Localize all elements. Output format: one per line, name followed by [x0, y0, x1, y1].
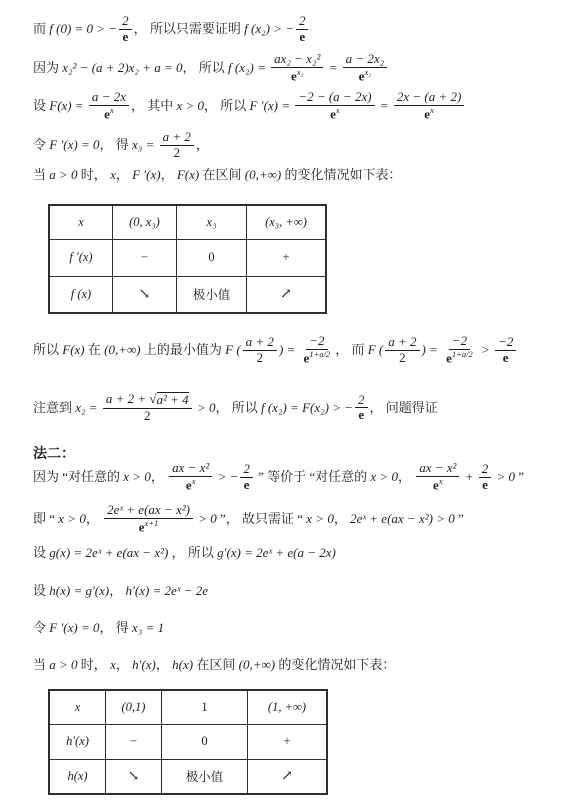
exponent: x₂ [297, 67, 304, 77]
denominator: ex [183, 477, 199, 493]
denominator: e [296, 30, 308, 45]
math-expression: F(x) [62, 342, 84, 358]
formula-line-2: 因为 x₂² − (a + 2)x₂ + a = 0， 所以 f (x₂) = … [33, 52, 389, 84]
exponent: x [439, 476, 443, 486]
chinese-text: ， 所以只需要证明 [134, 21, 245, 37]
fraction: ax − x²ex [169, 461, 212, 493]
formula-line-9: 即 “ x > 0， 2eˣ + e(ax − x²)ex+1 > 0 ”， 故… [33, 503, 464, 535]
numerator-text: a + 2 + [106, 391, 150, 406]
numerator: a − 2x [89, 90, 129, 106]
table-cell: (0, x₃) [113, 205, 177, 239]
variation-table-2: x (0,1) 1 (1, +∞) h′(x) − 0 + h(x) ↘ 极小值… [48, 689, 328, 795]
math-expression: x₃ = 1 [132, 620, 164, 636]
math-expression: + [461, 469, 476, 485]
math-expression: x > 0 [306, 511, 334, 527]
math-expression: F ′(x) = 0 [49, 620, 99, 636]
chinese-text: 因为 “对任意的 [33, 469, 123, 485]
chinese-text: 令 [33, 137, 49, 153]
exponent: x [430, 105, 434, 115]
table-cell: h′(x) [49, 724, 106, 759]
denominator: 2 [141, 409, 154, 424]
denominator: e1+a/2 [443, 350, 476, 366]
fraction: 2e [479, 462, 492, 493]
math-expression: h(x) = g′(x) [49, 583, 109, 599]
numerator: a − 2x₂ [343, 52, 388, 68]
fraction: 2x − (a + 2)ex [394, 90, 464, 122]
numerator: a + 2 [385, 335, 419, 351]
exponent: x [336, 105, 340, 115]
math-expression: f (x₂) = F(x₂) > − [261, 400, 353, 416]
math-expression: g(x) = 2eˣ + e(ax − x²) [49, 545, 168, 561]
chinese-text: ， [156, 657, 172, 673]
chinese-text: 设 [33, 545, 49, 561]
math-expression: (0,+∞) [239, 657, 275, 673]
table-cell: f ′(x) [49, 239, 113, 276]
math-expression: f (x₂) = [228, 60, 269, 76]
decreasing-arrow-icon: ↘ [113, 276, 177, 313]
math-expression: x₃ = [132, 137, 158, 153]
math-expression: > 0 [195, 511, 217, 527]
math-expression: (0,+∞) [104, 342, 140, 358]
fraction: −2e1+a/2 [443, 334, 476, 366]
fraction: a + 22 [160, 130, 194, 161]
table-cell: 0 [162, 724, 248, 759]
table-cell: + [247, 239, 327, 276]
numerator: −2 [495, 335, 516, 351]
chinese-text: ， [86, 511, 102, 527]
denominator: ex [430, 477, 446, 493]
chinese-text: 在区间 [199, 167, 245, 183]
exponent: x+1 [145, 518, 159, 528]
numerator: 2 [296, 14, 309, 30]
denominator: ex+1 [136, 519, 162, 535]
math-expression: a > 0 [49, 657, 77, 673]
exponent: x [192, 476, 196, 486]
chinese-text: ， [334, 511, 350, 527]
denominator: ex₂ [356, 68, 375, 84]
math-expression: F ′(x) [132, 167, 160, 183]
sqrt-radical: √a² + 4 [149, 392, 188, 408]
math-expression: F ′(x) = 0 [49, 137, 99, 153]
formula-line-3: 设 F(x) = a − 2xex， 其中 x > 0， 所以 F ′(x) =… [33, 90, 466, 122]
table-cell: x [49, 205, 113, 239]
formula-line-10: 设 g(x) = 2eˣ + e(ax − x²) ， 所以 g′(x) = 2… [33, 545, 336, 561]
fraction: a − 2xex [89, 90, 129, 122]
table-cell: 极小值 [177, 276, 247, 313]
math-expression: h(x) [172, 657, 193, 673]
numerator: 2 [355, 393, 368, 409]
math-expression: g′(x) = 2eˣ + e(a − 2x) [217, 545, 336, 561]
math-expression: h′(x) [132, 657, 156, 673]
method2-heading: 法二： [33, 443, 75, 463]
chinese-text: ， 所以 [168, 545, 217, 561]
chinese-text: ， 问题得证 [370, 400, 438, 416]
chinese-text: ， 得 [100, 620, 133, 636]
chinese-text: ” [515, 469, 524, 485]
radical-sign-icon: √ [149, 392, 156, 407]
formula-line-5: 当 a > 0 时， x， F ′(x)， F(x) 在区间 (0,+∞) 的变… [33, 167, 401, 183]
math-expression: > 0 [493, 469, 515, 485]
chinese-text: 所以 [33, 342, 62, 358]
table-cell: (0,1) [106, 690, 162, 724]
table-cell: f (x) [49, 276, 113, 313]
formula-line-7: 注意到 x₂ = a + 2 + √a² + 42 > 0， 所以 f (x₂)… [33, 392, 438, 424]
math-expression: = [325, 60, 340, 76]
numerator: 2eˣ + e(ax − x²) [104, 503, 193, 519]
chinese-text: 当 [33, 657, 49, 673]
chinese-text: ， [196, 137, 209, 153]
chinese-text: ”， 故只需证 “ [217, 511, 307, 527]
chinese-text: 当 [33, 167, 49, 183]
math-expression: 2eˣ + e(ax − x²) > 0 [350, 511, 455, 527]
chinese-text: 设 [33, 583, 49, 599]
table-cell: (x₃, +∞) [247, 205, 327, 239]
chinese-text: 而 [33, 21, 49, 37]
denominator: ex [421, 106, 437, 122]
table-cell: x₃ [177, 205, 247, 239]
table-cell: h(x) [49, 759, 106, 794]
chinese-text: 时， [78, 657, 111, 673]
numerator: 2 [240, 462, 253, 478]
chinese-text: 因为 [33, 60, 62, 76]
radicand: a² + 4 [157, 392, 189, 408]
chinese-text: 在 [85, 342, 105, 358]
numerator: −2 [449, 334, 470, 350]
numerator: 2 [479, 462, 492, 478]
chinese-text: 上的最小值为 [141, 342, 226, 358]
denominator: ex [327, 106, 343, 122]
chinese-text: ， 所以 [204, 98, 250, 114]
chinese-text: ， [161, 167, 177, 183]
numerator: ax₂ − x₂² [271, 52, 323, 68]
math-expression: (0,+∞) [245, 167, 281, 183]
math-expression: > [478, 342, 493, 358]
chinese-text: 的变化情况如下表： [275, 657, 395, 673]
chinese-text: ， 其中 [131, 98, 177, 114]
chinese-text: 的变化情况如下表： [281, 167, 401, 183]
math-expression: F ( [368, 342, 384, 358]
numerator: 2 [119, 14, 132, 30]
exponent: 1+a/2 [452, 349, 473, 359]
table-cell: − [106, 724, 162, 759]
chinese-text: ” 等价于 “对任意的 [255, 469, 371, 485]
numerator: −2 − (a − 2x) [295, 90, 374, 106]
numerator: a + 2 + √a² + 4 [103, 392, 192, 409]
chinese-text: ， 所以 [183, 60, 229, 76]
denominator: ex₂ [288, 68, 307, 84]
math-expression: ) = [422, 342, 442, 358]
chinese-text: 令 [33, 620, 49, 636]
math-expression: F(x) [177, 167, 199, 183]
fraction: 2e [296, 14, 309, 45]
fraction: a + 2 + √a² + 42 [103, 392, 192, 424]
numerator: a + 2 [243, 335, 277, 351]
formula-line-8: 因为 “对任意的 x > 0， ax − x²ex > −2e ” 等价于 “对… [33, 461, 524, 493]
denominator: ex [101, 106, 117, 122]
formula-line-6: 所以 F(x) 在 (0,+∞) 上的最小值为 F (a + 22) = −2e… [33, 334, 518, 366]
math-expression: x > 0 [176, 98, 204, 114]
math-expression: = [377, 98, 392, 114]
fraction: a + 22 [243, 335, 277, 366]
math-expression: x > 0 [123, 469, 151, 485]
exponent: x₂ [364, 67, 371, 77]
chinese-text: ， 所以 [215, 400, 261, 416]
exponent: x [110, 105, 114, 115]
table-cell: 极小值 [162, 759, 248, 794]
formula-line-12: 令 F ′(x) = 0， 得 x₃ = 1 [33, 620, 164, 636]
fraction: ax − x²ex [416, 461, 459, 493]
fraction: −2e1+a/2 [301, 334, 334, 366]
formula-line-11: 设 h(x) = g′(x)， h′(x) = 2eˣ − 2e [33, 583, 208, 599]
chinese-text: ， [109, 583, 125, 599]
exponent: 1+a/2 [309, 349, 330, 359]
math-expression: h′(x) = 2eˣ − 2e [126, 583, 209, 599]
table-cell: (1, +∞) [248, 690, 328, 724]
chinese-text: ， [398, 469, 414, 485]
fraction: 2eˣ + e(ax − x²)ex+1 [104, 503, 193, 535]
denominator: 2 [396, 351, 409, 366]
chinese-text: ， 而 [335, 342, 368, 358]
numerator: ax − x² [416, 461, 459, 477]
table-cell: − [113, 239, 177, 276]
table-cell: 1 [162, 690, 248, 724]
denominator: e [479, 478, 491, 493]
chinese-text: ， [151, 469, 167, 485]
chinese-text: 在区间 [193, 657, 239, 673]
chinese-text: 注意到 [33, 400, 75, 416]
math-expression: x₂² − (a + 2)x₂ + a = 0 [62, 60, 182, 76]
chinese-text: 即 “ [33, 511, 58, 527]
numerator: a + 2 [160, 130, 194, 146]
numerator: −2 [306, 334, 327, 350]
math-expression: F(x) = [49, 98, 87, 114]
chinese-text: 时， [78, 167, 111, 183]
math-expression: ) = [279, 342, 299, 358]
denominator: 2 [254, 351, 267, 366]
chinese-text: ， [116, 657, 132, 673]
denominator: e1+a/2 [301, 350, 334, 366]
fraction: −2e [495, 335, 516, 366]
table-cell: 0 [177, 239, 247, 276]
chinese-text: ， [116, 167, 132, 183]
chinese-text: ” [455, 511, 464, 527]
denominator: e [355, 408, 367, 423]
math-expression: a > 0 [49, 167, 77, 183]
table-cell: + [248, 724, 328, 759]
formula-line-1: 而 f (0) = 0 > −2e， 所以只需要证明 f (x₂) > −2e [33, 14, 310, 45]
math-expression: f (0) = 0 > − [49, 21, 117, 37]
numerator: 2x − (a + 2) [394, 90, 464, 106]
formula-line-4: 令 F ′(x) = 0， 得 x₃ = a + 22， [33, 130, 209, 161]
fraction: a − 2x₂ex₂ [343, 52, 388, 84]
increasing-arrow-icon: ↗ [248, 759, 328, 794]
math-expression: x > 0 [58, 511, 86, 527]
increasing-arrow-icon: ↗ [247, 276, 327, 313]
math-expression: x > 0 [370, 469, 398, 485]
denominator: 2 [170, 146, 183, 161]
fraction: −2 − (a − 2x)ex [295, 90, 374, 122]
variation-table-1: x (0, x₃) x₃ (x₃, +∞) f ′(x) − 0 + f (x)… [48, 204, 327, 314]
fraction: 2e [119, 14, 132, 45]
fraction: 2e [355, 393, 368, 424]
denominator: e [241, 478, 253, 493]
fraction: 2e [240, 462, 253, 493]
math-expression: F ( [225, 342, 241, 358]
table-cell: x [49, 690, 106, 724]
math-solution-page: 而 f (0) = 0 > −2e， 所以只需要证明 f (x₂) > −2e … [0, 0, 568, 804]
math-expression: f (x₂) > − [244, 21, 294, 37]
formula-line-13: 当 a > 0 时， x， h′(x)， h(x) 在区间 (0,+∞) 的变化… [33, 657, 395, 673]
denominator: e [119, 30, 131, 45]
math-expression: x₂ = [75, 400, 101, 416]
math-expression: F ′(x) = [250, 98, 294, 114]
decreasing-arrow-icon: ↘ [106, 759, 162, 794]
math-expression: > 0 [194, 400, 216, 416]
fraction: ax₂ − x₂²ex₂ [271, 52, 323, 84]
numerator: ax − x² [169, 461, 212, 477]
chinese-text: ， 得 [100, 137, 133, 153]
denominator: e [500, 351, 512, 366]
chinese-text: 设 [33, 98, 49, 114]
math-expression: > − [214, 469, 238, 485]
fraction: a + 22 [385, 335, 419, 366]
